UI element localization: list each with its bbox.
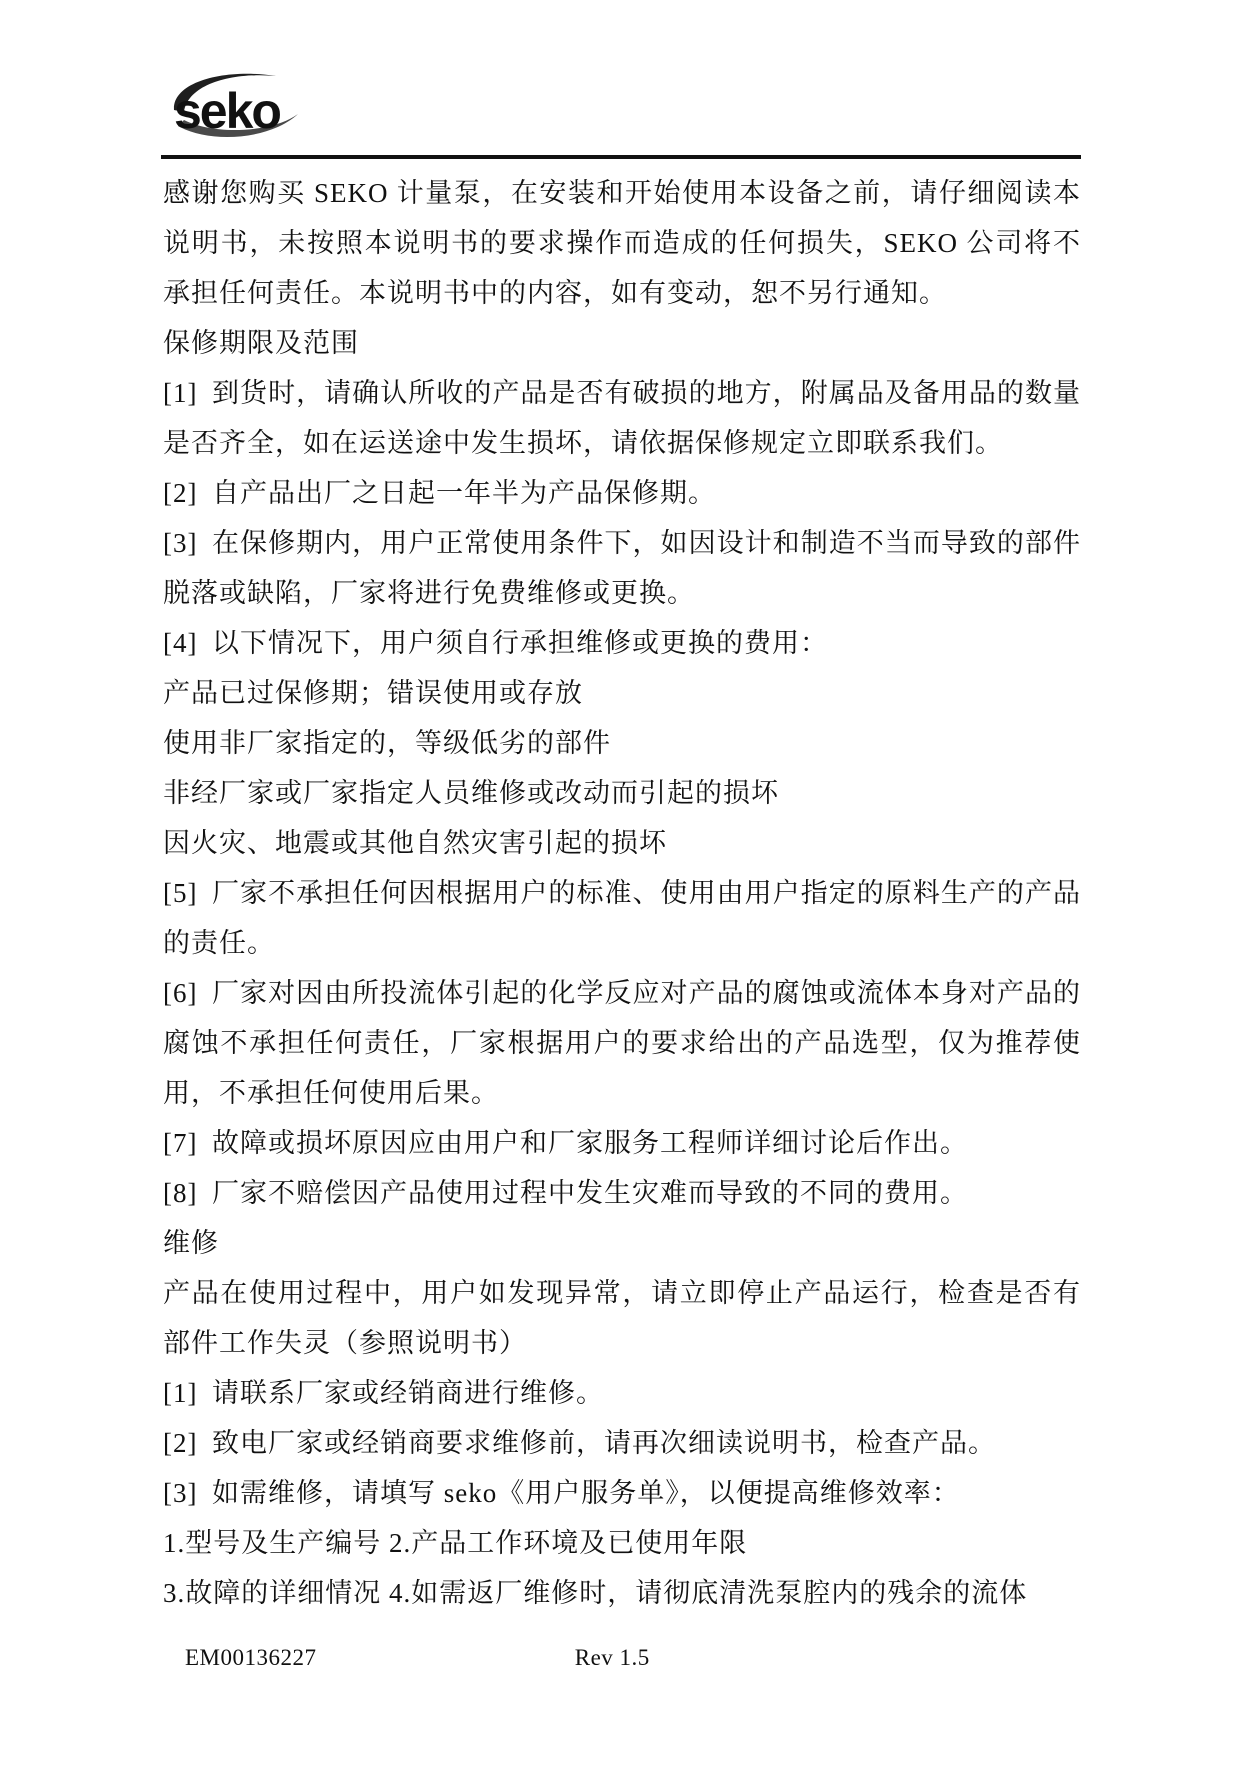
maintenance-item-1: [1] 请联系厂家或经销商进行维修。 [163, 1368, 1081, 1418]
warranty-item-5: [5] 厂家不承担任何因根据用户的标准、使用由用户指定的原料生产的产品的责任。 [163, 868, 1081, 968]
warranty-item-7: [7] 故障或损坏原因应由用户和厂家服务工程师详细讨论后作出。 [163, 1118, 1081, 1168]
warranty-section-heading: 保修期限及范围 [163, 318, 1081, 368]
manual-page: seko 感谢您购买 SEKO 计量泵，在安装和开始使用本设备之前，请仔细阅读本… [0, 0, 1241, 1766]
revision-label: Rev 1.5 [575, 1645, 650, 1671]
maintenance-item-3: [3] 如需维修，请填写 seko《用户服务单》，以便提高维修效率： [163, 1468, 1081, 1518]
warranty-item-4-case-3: 非经厂家或厂家指定人员维修或改动而引起的损坏 [163, 768, 1081, 818]
service-form-fields-1-2: 1.型号及生产编号 2.产品工作环境及已使用年限 [163, 1518, 1081, 1568]
warranty-item-8: [8] 厂家不赔偿因产品使用过程中发生灾难而导致的不同的费用。 [163, 1168, 1081, 1218]
logo-wordmark: seko [174, 83, 280, 139]
warranty-item-2: [2] 自产品出厂之日起一年半为产品保修期。 [163, 468, 1081, 518]
warranty-item-4-case-1: 产品已过保修期；错误使用或存放 [163, 668, 1081, 718]
document-number: EM00136227 [185, 1645, 317, 1671]
warranty-item-1: [1] 到货时，请确认所收的产品是否有破损的地方，附属品及备用品的数量是否齐全，… [163, 368, 1081, 468]
intro-paragraph: 感谢您购买 SEKO 计量泵，在安装和开始使用本设备之前，请仔细阅读本说明书，未… [163, 168, 1081, 318]
seko-logo: seko [158, 68, 318, 146]
maintenance-intro: 产品在使用过程中，用户如发现异常，请立即停止产品运行，检查是否有部件工作失灵（参… [163, 1268, 1081, 1368]
maintenance-section-heading: 维修 [163, 1218, 1081, 1268]
seko-logo-graphic: seko [158, 68, 318, 146]
page-footer: EM00136227 Rev 1.5 [185, 1645, 1085, 1671]
service-form-fields-3-4: 3.故障的详细情况 4.如需返厂维修时，请彻底清洗泵腔内的残余的流体 [163, 1568, 1081, 1618]
header-divider [161, 155, 1081, 159]
warranty-item-6: [6] 厂家对因由所投流体引起的化学反应对产品的腐蚀或流体本身对产品的腐蚀不承担… [163, 968, 1081, 1118]
warranty-item-4: [4] 以下情况下，用户须自行承担维修或更换的费用： [163, 618, 1081, 668]
document-body: 感谢您购买 SEKO 计量泵，在安装和开始使用本设备之前，请仔细阅读本说明书，未… [163, 168, 1081, 1618]
maintenance-item-2: [2] 致电厂家或经销商要求维修前，请再次细读说明书，检查产品。 [163, 1418, 1081, 1468]
warranty-item-4-case-2: 使用非厂家指定的，等级低劣的部件 [163, 718, 1081, 768]
warranty-item-4-case-4: 因火灾、地震或其他自然灾害引起的损坏 [163, 818, 1081, 868]
warranty-item-3: [3] 在保修期内，用户正常使用条件下，如因设计和制造不当而导致的部件脱落或缺陷… [163, 518, 1081, 618]
